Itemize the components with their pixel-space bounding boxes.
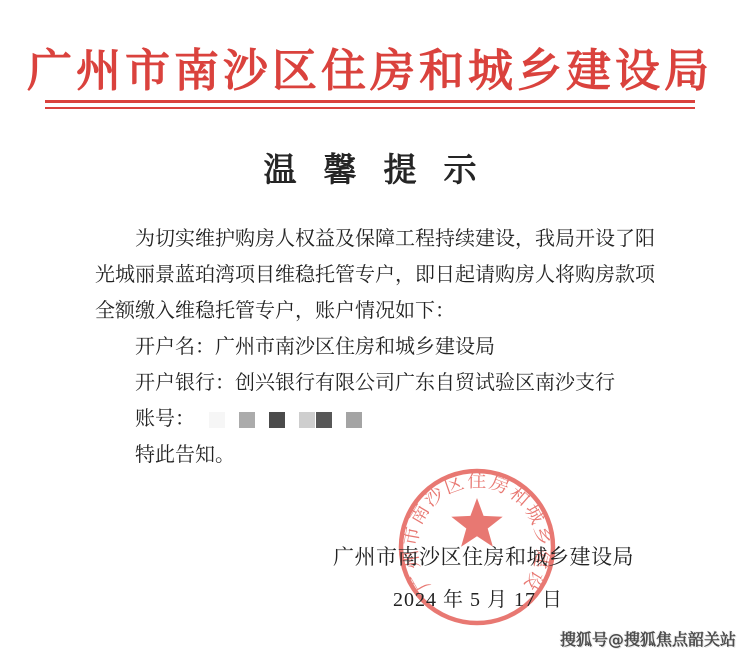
bank-label: 开户银行： bbox=[135, 372, 235, 394]
official-notice-document: 广州市南沙区住房和城乡建设局 温馨提示 为切实维护购房人权益及保障工程持续建设，… bbox=[0, 0, 740, 654]
redaction-square bbox=[316, 412, 332, 428]
letterhead-org-title: 广州市南沙区住房和城乡建设局 bbox=[0, 34, 740, 99]
paragraph-line: 光城丽景蓝珀湾项目维稳托管专户，即日起请购房人将购房款项 bbox=[95, 257, 660, 293]
redaction-square bbox=[239, 412, 255, 428]
redacted-account-number bbox=[209, 412, 362, 428]
notice-body: 为切实维护购房人权益及保障工程持续建设，我局开设了阳 光城丽景蓝珀湾项目维稳托管… bbox=[95, 221, 660, 473]
account-name-value: 广州市南沙区住房和城乡建设局 bbox=[215, 336, 495, 358]
paragraph-line: 全额缴入维稳托管专户，账户情况如下： bbox=[95, 293, 660, 329]
signature-date: 2024 年 5 月 17 日 bbox=[333, 583, 623, 612]
redaction-square bbox=[209, 412, 225, 428]
notice-title: 温馨提示 bbox=[0, 144, 740, 191]
divider-thick-line bbox=[45, 100, 695, 103]
paragraph-line: 为切实维护购房人权益及保障工程持续建设，我局开设了阳 bbox=[95, 221, 660, 257]
sohu-watermark: 搜狐号@搜狐焦点韶关站 bbox=[560, 627, 736, 650]
account-number-label: 账号： bbox=[135, 408, 195, 430]
bank-line: 开户银行：创兴银行有限公司广东自贸试验区南沙支行 bbox=[95, 365, 660, 401]
seal-star-icon bbox=[451, 498, 502, 547]
bank-value: 创兴银行有限公司广东自贸试验区南沙支行 bbox=[235, 372, 615, 394]
redaction-square bbox=[299, 412, 315, 428]
divider-thin-line bbox=[45, 107, 695, 109]
account-name-label: 开户名： bbox=[135, 336, 215, 358]
letterhead-divider bbox=[45, 100, 695, 109]
signature-block: 广州市南沙区住房和城乡建设局 2024 年 5 月 17 日 bbox=[333, 541, 623, 612]
account-name-line: 开户名：广州市南沙区住房和城乡建设局 bbox=[95, 329, 660, 365]
redaction-square bbox=[269, 412, 285, 428]
redaction-square bbox=[346, 412, 362, 428]
signature-org-name: 广州市南沙区住房和城乡建设局 bbox=[333, 541, 623, 571]
closing-line: 特此告知。 bbox=[95, 437, 660, 473]
account-number-line: 账号： bbox=[95, 401, 660, 437]
